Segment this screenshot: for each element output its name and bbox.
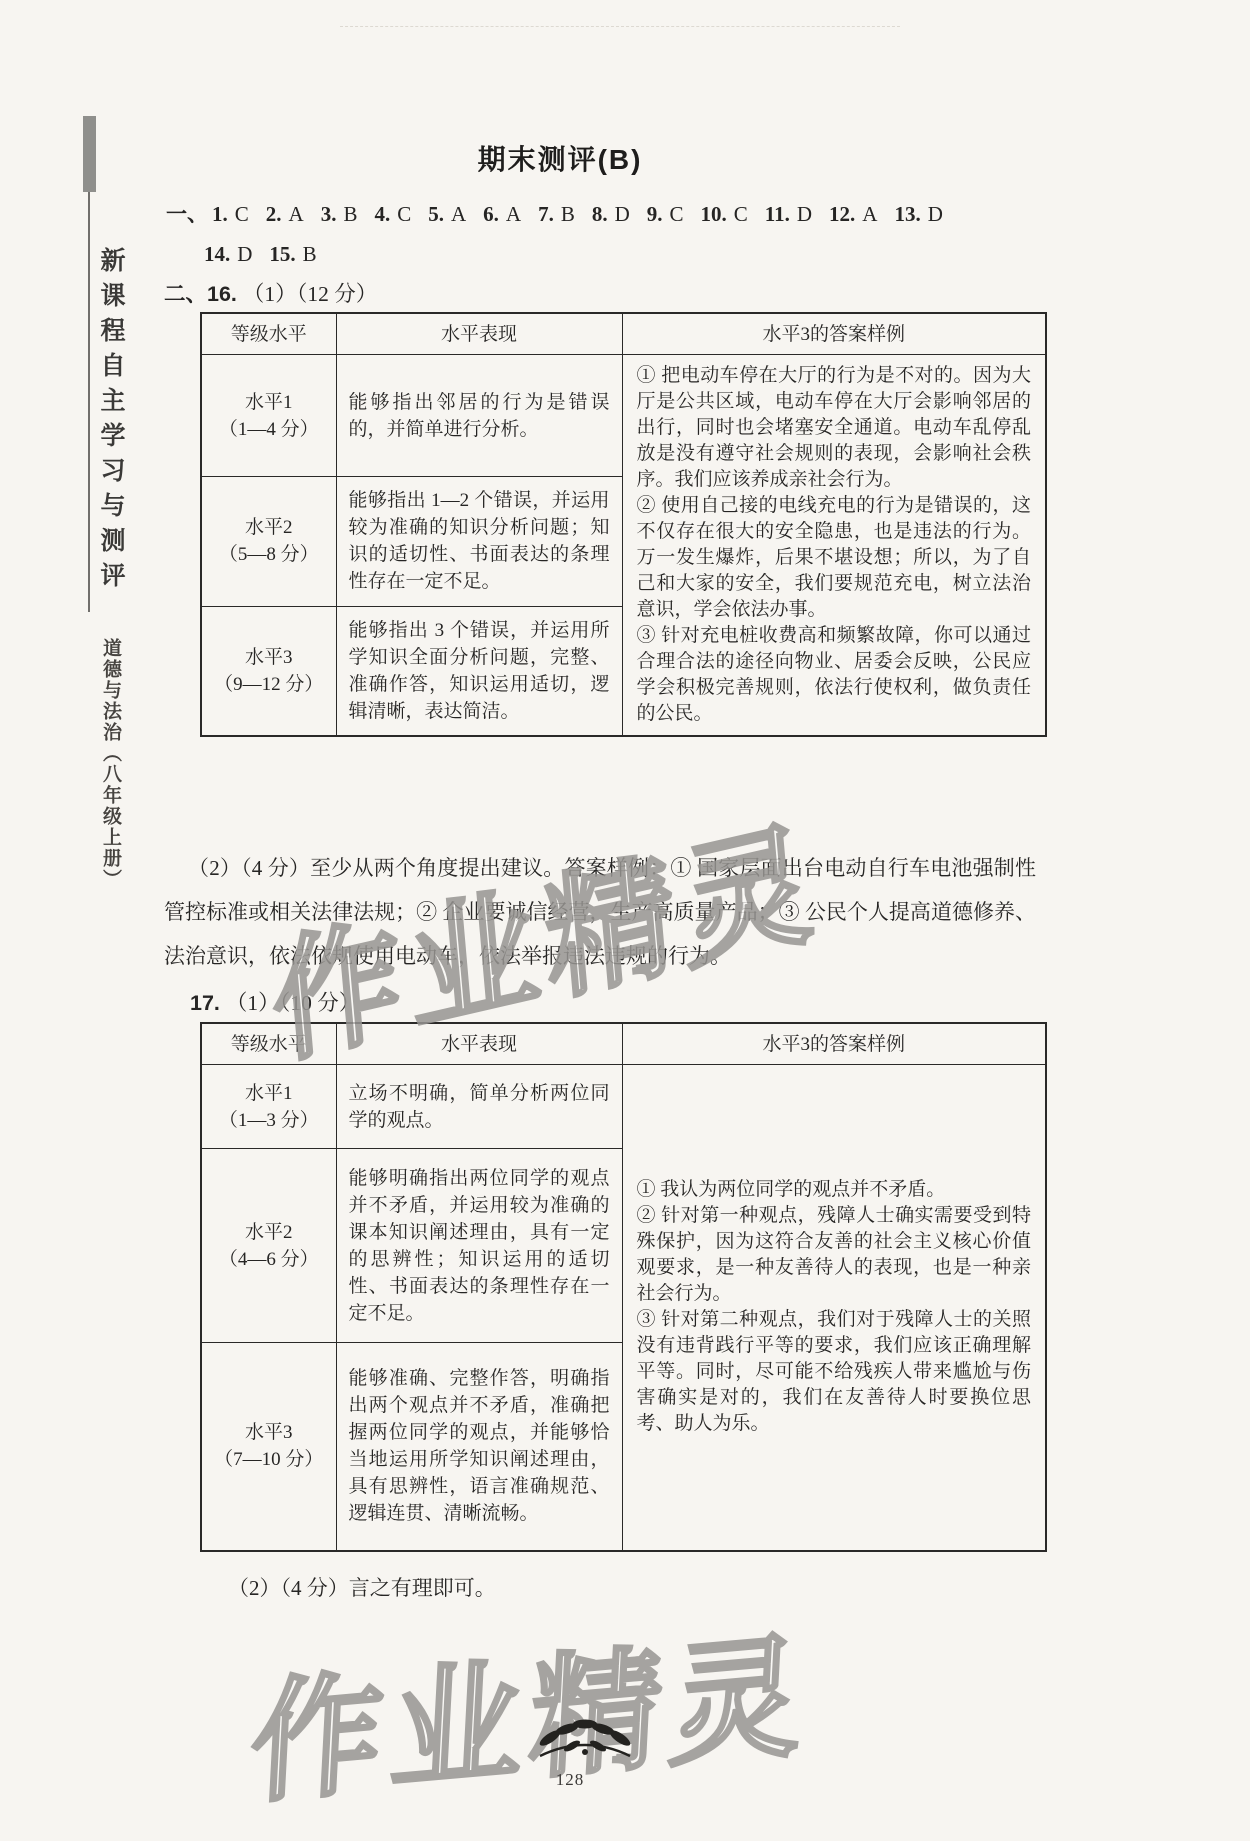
sample-point-2: ② 使用自己接的电线充电的行为是错误的，这不仅存在很大的安全隐患，也是违法的行为… xyxy=(637,493,1032,623)
answer-choice: D xyxy=(615,202,630,226)
header-performance: 水平表现 xyxy=(336,1023,622,1065)
answer-item: 15.B xyxy=(269,242,316,266)
answer-item: 13.D xyxy=(894,202,942,226)
sample-answer-cell: ① 我认为两位同学的观点并不矛盾。 ② 针对第一种观点，残障人士确实需要受到特殊… xyxy=(622,1065,1046,1551)
answer-choice: C xyxy=(670,202,684,226)
level-name: 水平3 xyxy=(208,1419,330,1446)
answer-number: 15. xyxy=(269,242,295,266)
level-name: 水平3 xyxy=(208,644,330,671)
sidebar-accent-bar xyxy=(83,116,96,192)
answer-item: 7.B xyxy=(538,202,575,226)
sidebar-series-title: 新课程自主学习与测评 xyxy=(93,247,129,597)
scan-artifact-line xyxy=(340,26,900,27)
sidebar-book-title: 道德与法治（八年级上册） xyxy=(97,638,124,890)
table-row: 水平1 （1—4 分） 能够指出邻居的行为是错误的，并简单进行分析。 ① 把电动… xyxy=(201,355,1046,477)
sample-point-3: ③ 针对第二种观点，我们对于残障人士的关照没有违背践行平等的要求，我们应该正确理… xyxy=(637,1307,1032,1437)
level-cell: 水平1 （1—4 分） xyxy=(201,355,336,477)
level-cell: 水平3 （7—10 分） xyxy=(201,1343,336,1551)
level-name: 水平2 xyxy=(208,514,330,541)
answer-choice: C xyxy=(235,202,249,226)
answer-number: 14. xyxy=(204,242,230,266)
level-range: （9—12 分） xyxy=(208,671,330,698)
header-sample: 水平3的答案样例 xyxy=(622,313,1046,355)
leaf-ornament xyxy=(522,1708,648,1764)
table-header-row: 等级水平 水平表现 水平3的答案样例 xyxy=(201,1023,1046,1065)
answer-number: 10. xyxy=(701,202,727,226)
answer-item: 1.C xyxy=(212,202,249,226)
performance-cell: 能够指出 1—2 个错误，并运用较为准确的知识分析问题；知识的适切性、书面表达的… xyxy=(336,477,622,606)
answer-choice: D xyxy=(928,202,943,226)
rubric-table-17: 等级水平 水平表现 水平3的答案样例 水平1 （1—3 分） 立场不明确，简单分… xyxy=(200,1022,1047,1552)
answer-choice: C xyxy=(734,202,748,226)
answer-number: 9. xyxy=(647,202,663,226)
question-17-number: 17. xyxy=(190,991,220,1015)
answer-choice: B xyxy=(561,202,575,226)
answer-choice: D xyxy=(797,202,812,226)
answer-item: 8.D xyxy=(592,202,630,226)
page-title: 期末测评(B) xyxy=(160,138,960,178)
answer-item: 5.A xyxy=(428,202,466,226)
answer-choice: B xyxy=(303,242,317,266)
answer-number: 1. xyxy=(212,202,228,226)
answer-item: 12.A xyxy=(829,202,877,226)
answer-item: 9.C xyxy=(647,202,684,226)
question-16-points: （1）（12 分） xyxy=(243,282,377,306)
level-range: （4—6 分） xyxy=(208,1246,330,1273)
performance-cell: 能够明确指出两位同学的观点并不矛盾，并运用较为准确的课本知识阐述理由，具有一定的… xyxy=(336,1149,622,1343)
page-number: 128 xyxy=(500,1770,640,1790)
question-16-part2: （2）（4 分）至少从两个角度提出建议。答案样例：① 国家层面出台电动自行车电池… xyxy=(164,846,1036,978)
answer-item: 4.C xyxy=(374,202,411,226)
answer-number: 12. xyxy=(829,202,855,226)
answers-line-1: 一、1.C2.A3.B4.C5.A6.A7.B8.D9.C10.C11.D12.… xyxy=(166,198,960,228)
answer-choice: A xyxy=(451,202,466,226)
performance-cell: 能够指出 3 个错误，并运用所学知识全面分析问题，完整、准确作答，知识运用适切，… xyxy=(336,606,622,736)
sample-point-1: ① 我认为两位同学的观点并不矛盾。 xyxy=(637,1177,1032,1203)
answer-item: 2.A xyxy=(266,202,304,226)
question-16-number: 二、16. xyxy=(164,282,237,306)
answer-number: 6. xyxy=(483,202,499,226)
table-header-row: 等级水平 水平表现 水平3的答案样例 xyxy=(201,313,1046,355)
sample-point-3: ③ 针对充电桩收费高和频繁故障，你可以通过合理合法的途径向物业、居委会反映，公民… xyxy=(637,623,1032,727)
level-range: （1—4 分） xyxy=(208,416,330,443)
answer-item: 11.D xyxy=(765,202,812,226)
question-17-part2: （2）（4 分）言之有理即可。 xyxy=(206,1566,906,1610)
performance-cell: 能够指出邻居的行为是错误的，并简单进行分析。 xyxy=(336,355,622,477)
question-16-heading: 二、16.（1）（12 分） xyxy=(164,277,377,308)
performance-cell: 立场不明确，简单分析两位同学的观点。 xyxy=(336,1065,622,1149)
answer-number: 5. xyxy=(428,202,444,226)
answer-number: 4. xyxy=(374,202,390,226)
level-range: （1—3 分） xyxy=(208,1107,330,1134)
header-performance: 水平表现 xyxy=(336,313,622,355)
answer-choice: A xyxy=(862,202,877,226)
answer-number: 13. xyxy=(894,202,920,226)
header-sample: 水平3的答案样例 xyxy=(622,1023,1046,1065)
question-17-points: （1）（10 分） xyxy=(226,991,360,1015)
answer-number: 7. xyxy=(538,202,554,226)
answer-choice: B xyxy=(343,202,357,226)
level-range: （7—10 分） xyxy=(208,1446,330,1473)
level-name: 水平1 xyxy=(208,389,330,416)
performance-cell: 能够准确、完整作答，明确指出两个观点并不矛盾，准确把握两位同学的观点，并能够恰当… xyxy=(336,1343,622,1551)
answer-number: 11. xyxy=(765,202,790,226)
sample-answer-cell: ① 把电动车停在大厅的行为是不对的。因为大厅是公共区域，电动车停在大厅会影响邻居… xyxy=(622,355,1046,737)
header-level: 等级水平 xyxy=(201,313,336,355)
level-cell: 水平1 （1—3 分） xyxy=(201,1065,336,1149)
answer-choice: D xyxy=(237,242,252,266)
answer-number: 8. xyxy=(592,202,608,226)
answers-line-2: 14.D15.B xyxy=(204,242,334,267)
answer-choice: A xyxy=(506,202,521,226)
answer-item: 6.A xyxy=(483,202,521,226)
answer-item: 3.B xyxy=(321,202,358,226)
scanned-book-page: 新课程自主学习与测评 道德与法治（八年级上册） 期末测评(B) 一、1.C2.A… xyxy=(0,0,1250,1841)
section-one-label: 一、 xyxy=(166,203,208,226)
sample-point-1: ① 把电动车停在大厅的行为是不对的。因为大厅是公共区域，电动车停在大厅会影响邻居… xyxy=(637,363,1032,493)
level-name: 水平1 xyxy=(208,1080,330,1107)
level-cell: 水平2 （5—8 分） xyxy=(201,477,336,606)
answers-list-1: 1.C2.A3.B4.C5.A6.A7.B8.D9.C10.C11.D12.A1… xyxy=(212,202,960,226)
level-cell: 水平3 （9—12 分） xyxy=(201,606,336,736)
level-name: 水平2 xyxy=(208,1219,330,1246)
table-row: 水平1 （1—3 分） 立场不明确，简单分析两位同学的观点。 ① 我认为两位同学… xyxy=(201,1065,1046,1149)
answer-item: 10.C xyxy=(701,202,748,226)
question-17-heading: 17.（1）（10 分） xyxy=(190,986,360,1017)
level-cell: 水平2 （4—6 分） xyxy=(201,1149,336,1343)
header-level: 等级水平 xyxy=(201,1023,336,1065)
sidebar-rule xyxy=(88,192,90,612)
sample-point-2: ② 针对第一种观点，残障人士确实需要受到特殊保护，因为这符合友善的社会主义核心价… xyxy=(637,1203,1032,1307)
answer-item: 14.D xyxy=(204,242,252,266)
answer-number: 3. xyxy=(321,202,337,226)
rubric-table-16: 等级水平 水平表现 水平3的答案样例 水平1 （1—4 分） 能够指出邻居的行为… xyxy=(200,312,1047,737)
answer-choice: C xyxy=(397,202,411,226)
level-range: （5—8 分） xyxy=(208,541,330,568)
answer-number: 2. xyxy=(266,202,282,226)
answer-choice: A xyxy=(289,202,304,226)
